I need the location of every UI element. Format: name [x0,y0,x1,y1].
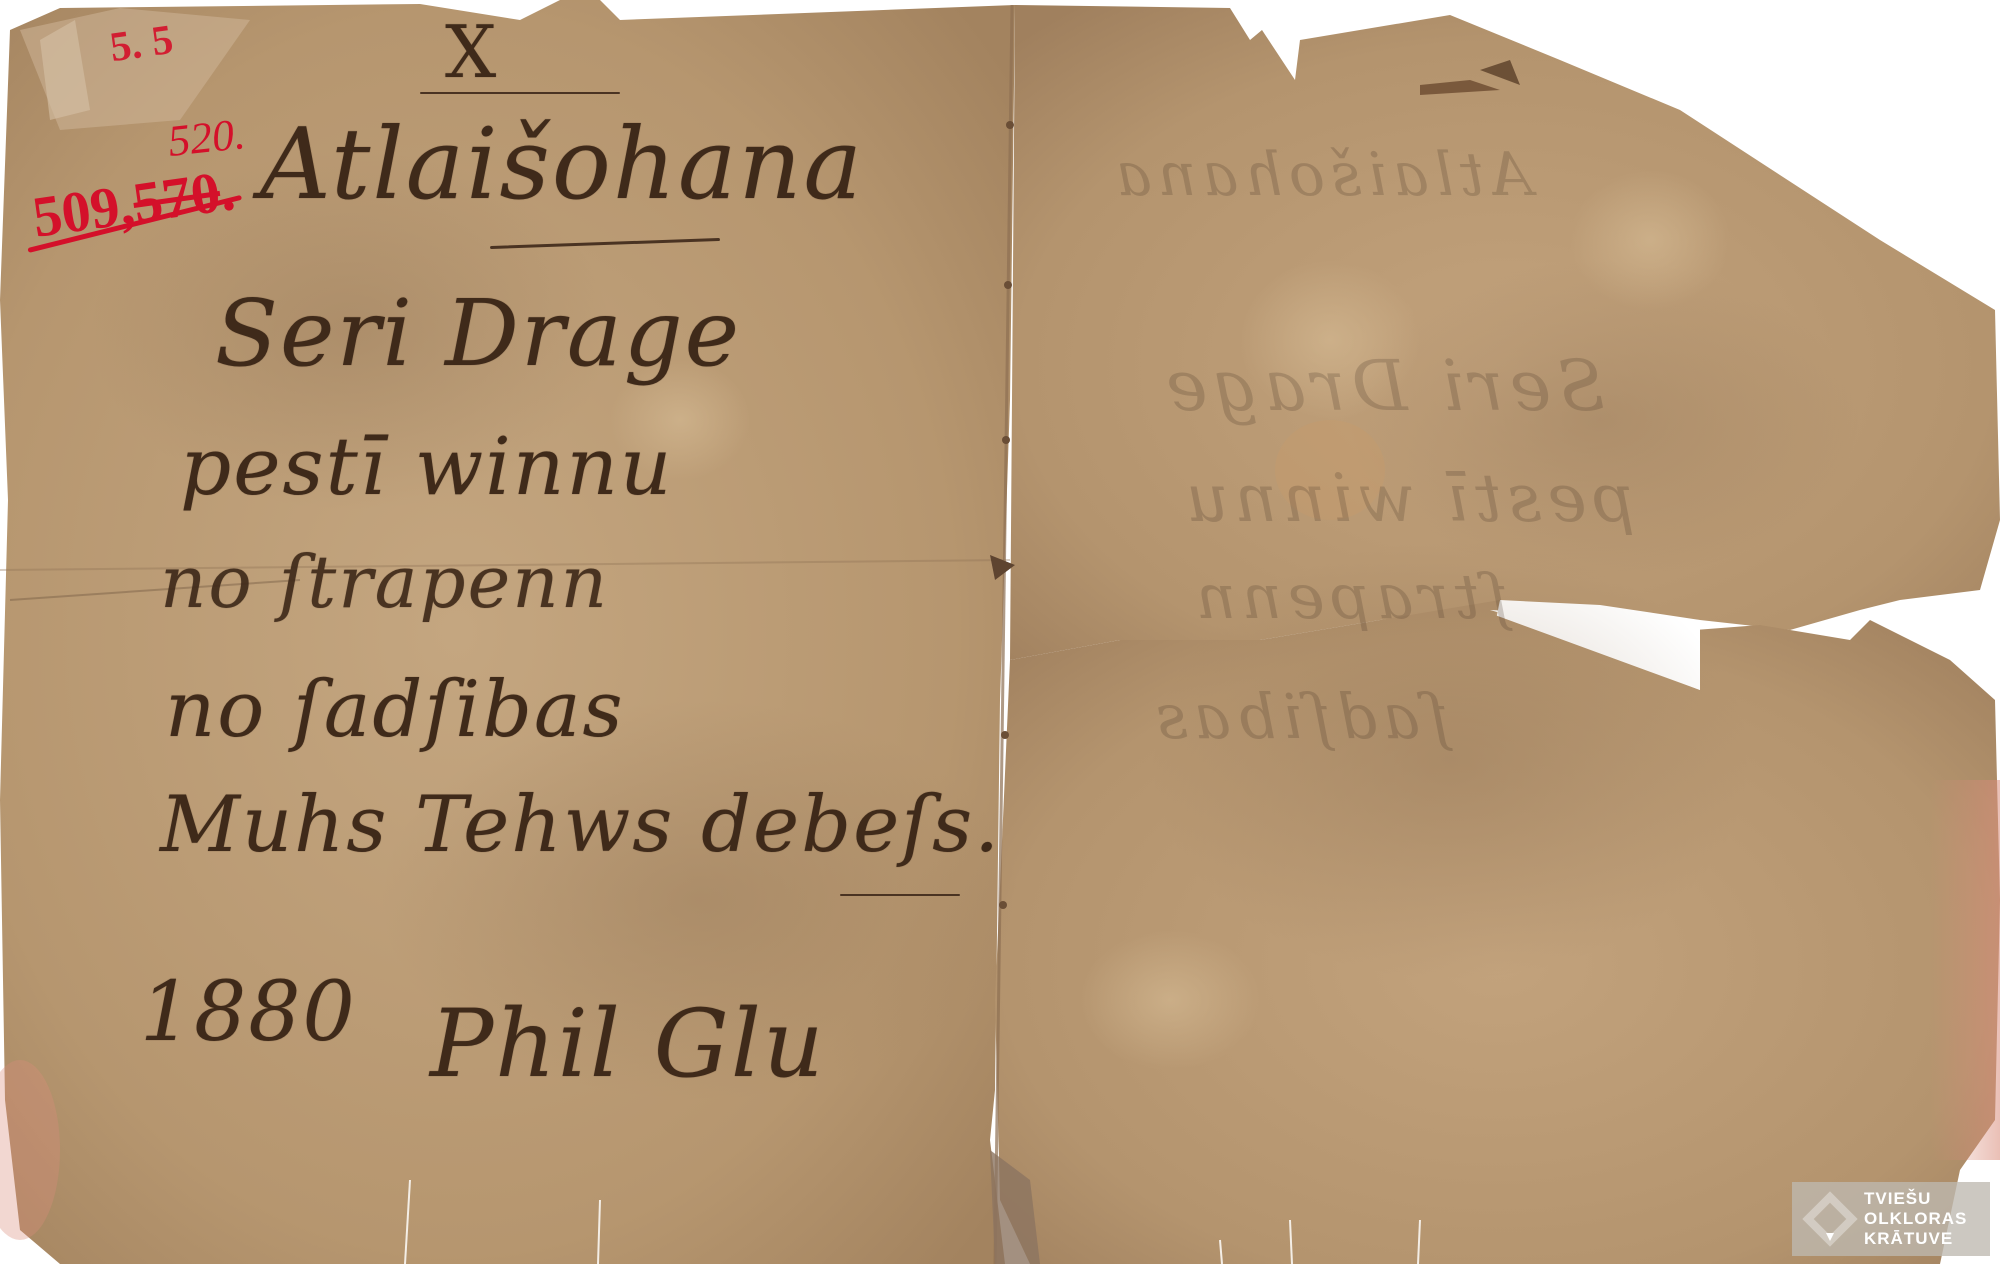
watermark-line-2: OLKLORAS [1864,1209,1967,1229]
manuscript-date: 1880 [140,965,357,1060]
manuscript-line-5: Muhs Tehws debeſs. [160,780,1001,870]
manuscript-line-3: no ſtrapenn [160,540,609,624]
watermark-line-3: KRĀTUVE [1864,1229,1967,1249]
watermark-line-1: TVIEŠU [1864,1189,1967,1209]
manuscript-line-4: no ſadſibas [165,665,625,755]
line-5-flourish [840,894,960,896]
archive-watermark: TVIEŠU OLKLORAS KRĀTUVE [1792,1182,1990,1256]
archive-logo-icon [1800,1189,1860,1249]
bleed-through-title: Atlaišohana [1110,140,1532,210]
bleed-through-line-1: Seri Drage [1160,345,1605,427]
bleed-through-line-3: ſtrapenn [1190,560,1509,633]
manuscript-line-1: Seri Drage [215,280,741,387]
archive-number-upper: 520. [166,108,248,167]
numeral-underline [420,92,620,94]
bleed-through-line-2: pestī winnu [1180,460,1635,537]
manuscript-scan: Atlaišohana Seri Drage pestī winnu ſtrap… [0,0,2000,1264]
manuscript-line-2: pestī winnu [180,420,673,513]
section-numeral: X [445,10,498,94]
watermark-text: TVIEŠU OLKLORAS KRĀTUVE [1864,1189,1967,1249]
archive-number-faded: 5. 5 [107,16,176,72]
manuscript-title: Atlaišohana [260,108,864,222]
bleed-through-line-4: ſadſibas [1150,680,1449,753]
manuscript-signature: Phil Glu [430,990,826,1099]
